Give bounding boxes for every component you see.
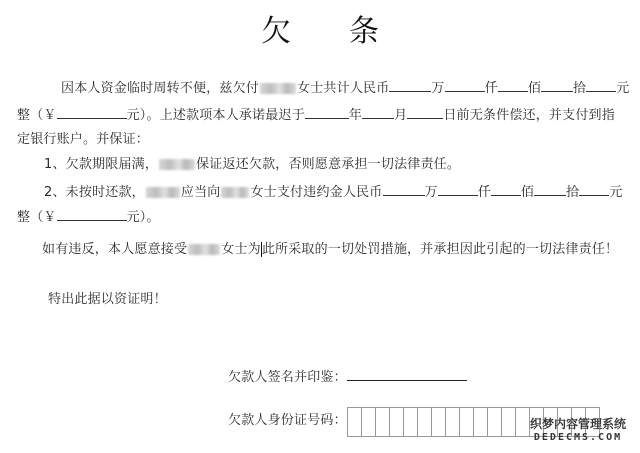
text: 因本人资金临时周转不便，兹欠付 — [61, 81, 259, 96]
id-digit-box[interactable] — [389, 407, 404, 437]
unit: 拾 — [566, 185, 579, 200]
text: 月 — [394, 108, 407, 123]
id-digit-box[interactable] — [417, 407, 432, 437]
id-digit-box[interactable] — [361, 407, 376, 437]
redacted-name — [146, 187, 180, 198]
text: 1、欠款期限届满， — [44, 157, 158, 172]
watermark-en: DEDECMS.COM — [530, 431, 626, 444]
unit: 万 — [425, 185, 438, 200]
blank-field[interactable] — [534, 183, 566, 196]
blank-field[interactable] — [383, 183, 425, 196]
year-blank[interactable] — [305, 106, 349, 119]
text: 元）。 — [127, 210, 160, 225]
text: 2、未按时还款， — [44, 185, 145, 200]
amount-blank[interactable] — [57, 106, 127, 119]
unit: 佰 — [521, 185, 534, 200]
redacted-name — [159, 159, 195, 170]
document-title: 欠条 — [0, 6, 640, 50]
blank-field[interactable] — [579, 183, 609, 196]
blank-field[interactable] — [491, 183, 521, 196]
unit: 拾 — [573, 81, 586, 96]
id-number-label: 欠款人身份证号码： — [228, 413, 347, 429]
text: 保证返还欠款，否则愿意承担一切法律责任。 — [196, 157, 460, 172]
unit: 仟 — [485, 81, 498, 96]
violation-clause: 如有违反，本人愿意接受女士为此所采取的一切处罚措施，并承担因此引起的一切法律责任… — [42, 242, 618, 258]
amount-blank[interactable] — [57, 208, 127, 221]
text: 女士共计人民币 — [297, 81, 389, 96]
unit: 元 — [616, 81, 629, 96]
text: 元）。上述款项本人承诺最迟于 — [127, 108, 305, 123]
blank-field[interactable] — [541, 79, 573, 92]
paragraph1-line3: 定银行账户。并保证： — [17, 132, 149, 148]
text: 应当向 — [181, 185, 221, 200]
id-digit-box[interactable] — [515, 407, 530, 437]
title-char-2: 条 — [349, 6, 379, 50]
unit: 佰 — [528, 81, 541, 96]
id-digit-box[interactable] — [459, 407, 474, 437]
proof-statement: 特出此据以资证明！ — [48, 292, 167, 308]
paragraph1-line2: 整（￥元）。上述款项本人承诺最迟于年月日前无条件偿还，并支付到指 — [17, 106, 615, 124]
redacted-name — [260, 83, 296, 94]
paragraph1-line1: 因本人资金临时周转不便，兹欠付女士共计人民币万仟佰拾元 — [61, 79, 629, 97]
id-digit-box[interactable] — [445, 407, 460, 437]
blank-field[interactable] — [438, 183, 478, 196]
title-char-1: 欠 — [261, 6, 291, 50]
day-blank[interactable] — [407, 106, 443, 119]
blank-field[interactable] — [389, 79, 431, 92]
signature-line[interactable] — [347, 380, 467, 381]
id-digit-box[interactable] — [487, 407, 502, 437]
text: 女士为 — [221, 242, 261, 257]
guarantee-item-1: 1、欠款期限届满，保证返还欠款，否则愿意承担一切法律责任。 — [44, 157, 460, 173]
unit: 元 — [609, 185, 622, 200]
id-digit-box[interactable] — [375, 407, 390, 437]
text: 日前无条件偿还，并支付到指 — [443, 108, 615, 123]
id-digit-box[interactable] — [431, 407, 446, 437]
id-digit-box[interactable] — [473, 407, 488, 437]
text: 年 — [349, 108, 362, 123]
id-digit-box[interactable] — [501, 407, 516, 437]
guarantee-item-2: 2、未按时还款，应当向女士支付违约金人民币万仟佰拾元 — [44, 183, 623, 201]
text: 整（￥ — [17, 210, 57, 225]
watermark-cn: 织梦内容管理系统 — [530, 418, 626, 431]
text: 此所采取的一切处罚措施，并承担因此引起的一切法律责任！ — [262, 242, 618, 257]
watermark: 织梦内容管理系统 DEDECMS.COM — [530, 418, 626, 444]
id-digit-box[interactable] — [403, 407, 418, 437]
month-blank[interactable] — [362, 106, 394, 119]
redacted-name — [188, 244, 220, 255]
text: 女士支付违约金人民币 — [250, 185, 382, 200]
blank-field[interactable] — [586, 79, 616, 92]
redacted-name — [221, 187, 249, 198]
unit: 万 — [431, 81, 444, 96]
signature-label: 欠款人签名并印鉴： — [228, 370, 347, 386]
blank-field[interactable] — [498, 79, 528, 92]
id-digit-box[interactable] — [347, 407, 362, 437]
unit: 仟 — [478, 185, 491, 200]
text: 如有违反，本人愿意接受 — [42, 242, 187, 257]
text: 整（￥ — [17, 108, 57, 123]
guarantee-item-2-line2: 整（￥元）。 — [17, 208, 160, 226]
blank-field[interactable] — [445, 79, 485, 92]
